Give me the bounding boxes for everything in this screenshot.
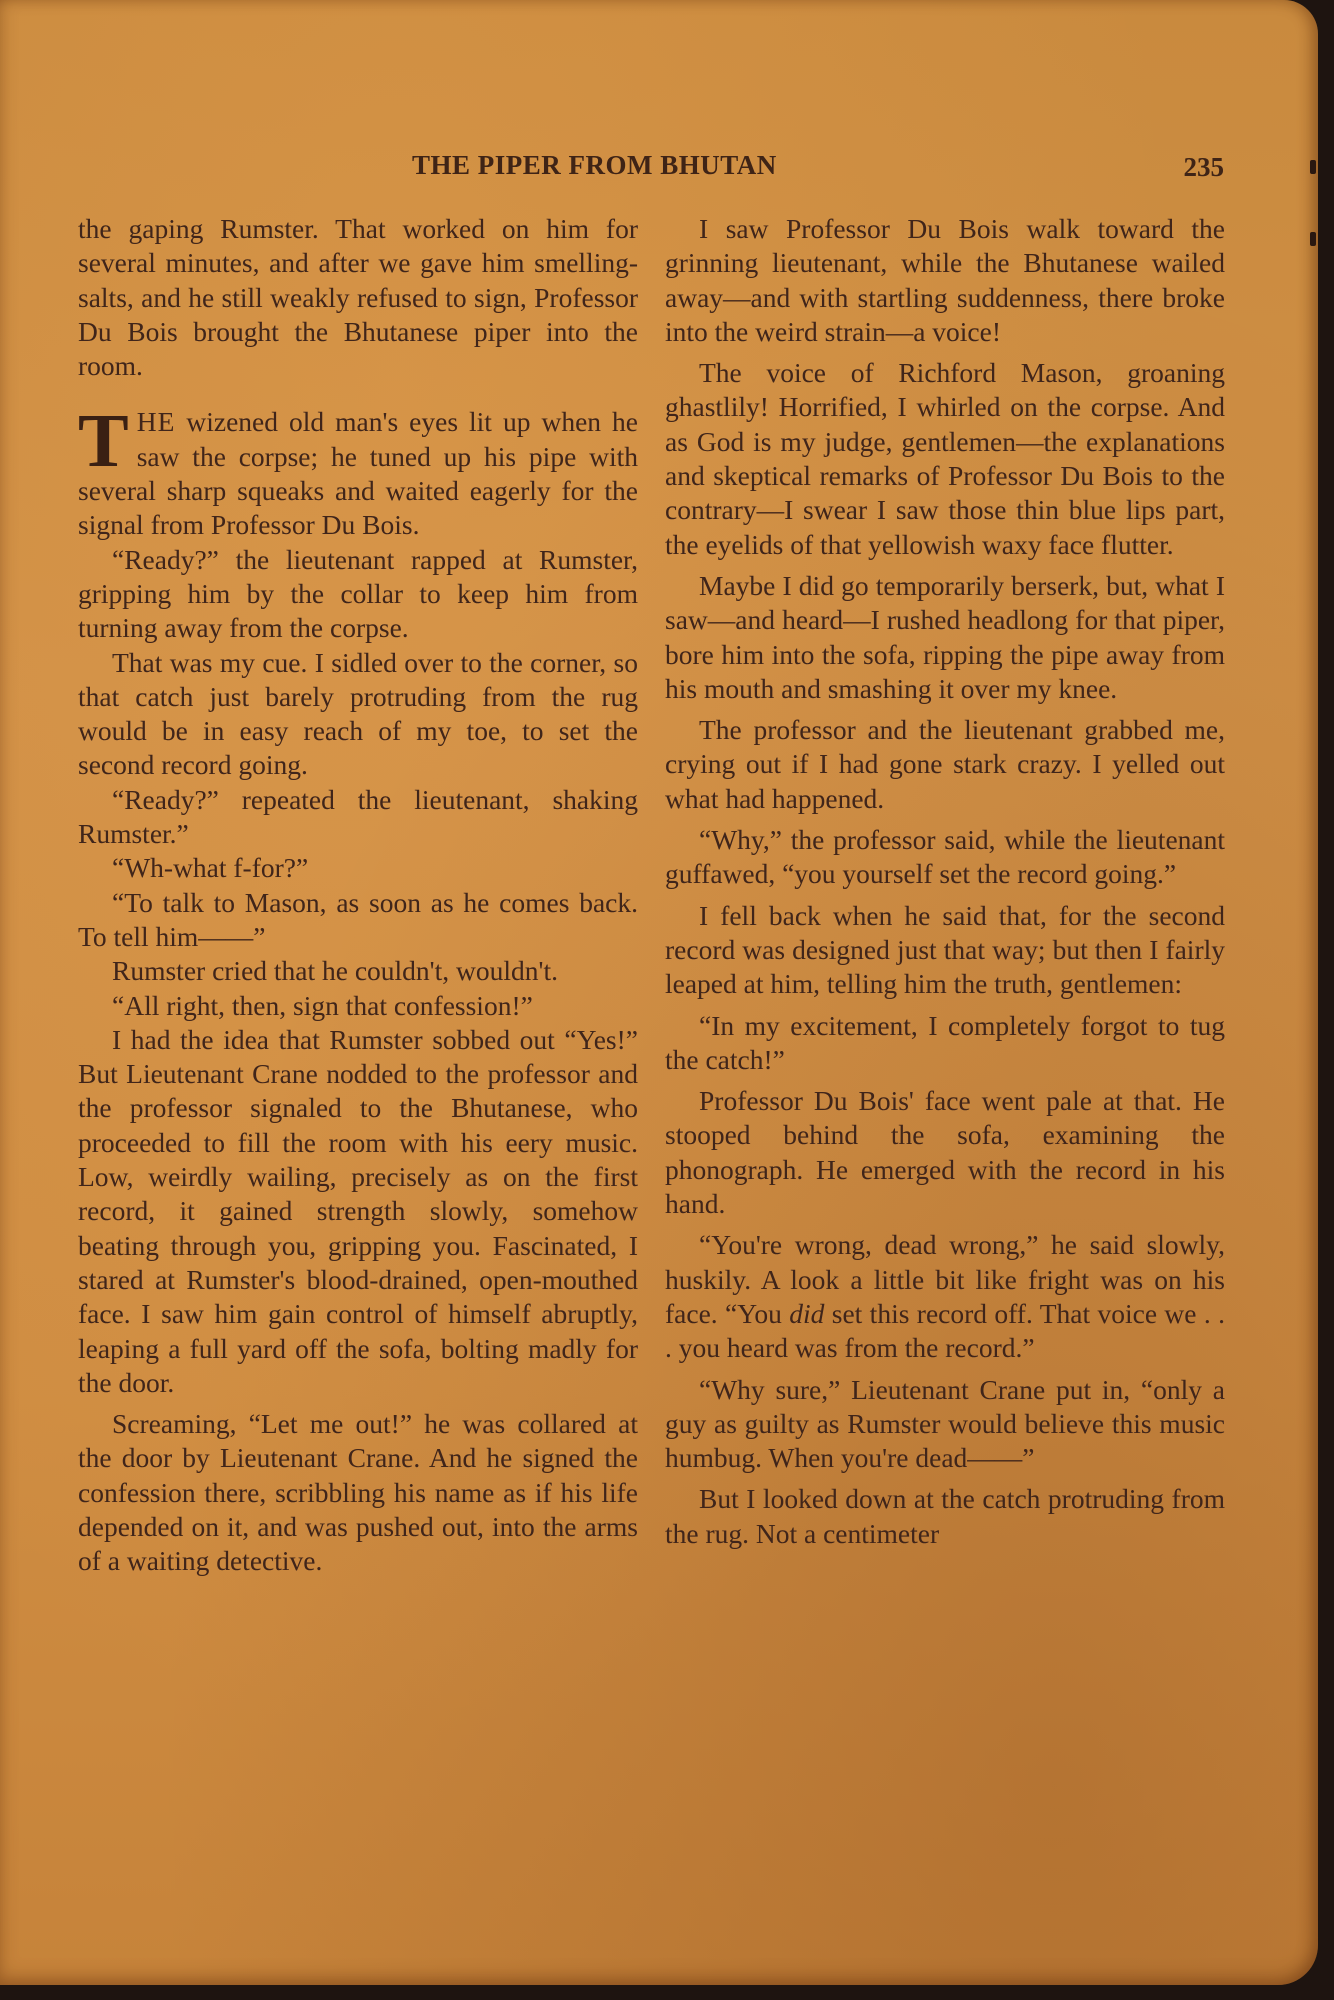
page-number: 235 — [1184, 152, 1225, 183]
paragraph: “To talk to Mason, as soon as he comes b… — [78, 886, 638, 955]
left-column: the gaping Rumster. That worked on him f… — [78, 212, 638, 1579]
paragraph: Professor Du Bois' face went pale at tha… — [665, 1084, 1225, 1221]
small-caps-lead: HE — [137, 406, 176, 437]
paragraph: the gaping Rumster. That worked on him f… — [78, 212, 638, 383]
binding-mark — [1310, 232, 1316, 246]
paragraph: That was my cue. I sidled over to the co… — [78, 646, 638, 783]
paragraph: “In my excitement, I completely for­got … — [665, 1009, 1225, 1078]
paragraph: Rumster cried that he couldn't, wouldn't… — [78, 954, 638, 988]
paragraph: I fell back when he said that, for the s… — [665, 899, 1225, 1002]
paragraph: Maybe I did go temporarily berserk, but,… — [665, 569, 1225, 706]
running-head: THE PIPER FROM BHUTAN 235 — [412, 150, 1224, 190]
drop-cap: T — [78, 411, 129, 471]
paragraph: “You're wrong, dead wrong,” he said slow… — [665, 1228, 1225, 1365]
paragraph: The professor and the lieutenant grabbed… — [665, 713, 1225, 816]
paragraph: “Why sure,” Lieutenant Crane put in, “on… — [665, 1373, 1225, 1476]
paragraph: The voice of Richford Mason, groan­ing g… — [665, 356, 1225, 562]
book-page: THE PIPER FROM BHUTAN 235 the gaping Rum… — [0, 0, 1318, 1985]
binding-mark — [1310, 160, 1316, 174]
running-head-title: THE PIPER FROM BHUTAN — [412, 150, 777, 181]
right-column: I saw Professor Du Bois walk toward the … — [665, 212, 1225, 1551]
section-opening-paragraph: THE wizened old man's eyes lit up when h… — [78, 405, 638, 542]
paragraph: I saw Professor Du Bois walk toward the … — [665, 212, 1225, 349]
paragraph: “Why,” the professor said, while the lie… — [665, 823, 1225, 892]
paragraph: “Wh-what f-for?” — [78, 851, 638, 885]
paragraph: “All right, then, sign that confession!” — [78, 989, 638, 1023]
paragraph: But I looked down at the catch pro­trudi… — [665, 1482, 1225, 1551]
emphasis: did — [789, 1298, 824, 1329]
paragraph: I had the idea that Rumster sobbed out “… — [78, 1023, 638, 1400]
paragraph: “Ready?” repeated the lieutenant, shakin… — [78, 783, 638, 852]
paragraph: Screaming, “Let me out!” he was col­lare… — [78, 1407, 638, 1578]
paragraph: “Ready?” the lieutenant rapped at Rumste… — [78, 543, 638, 646]
